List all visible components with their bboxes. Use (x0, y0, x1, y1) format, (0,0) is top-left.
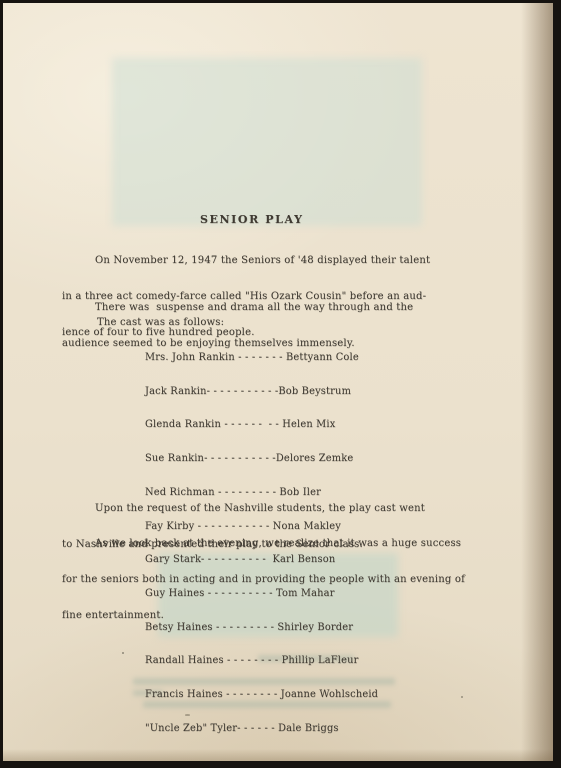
cast-list-intro: The cast was as follows: (97, 317, 224, 328)
paragraph-line: Upon the request of the Nashville studen… (62, 502, 425, 516)
frame-border-bottom (0, 761, 561, 768)
frame-border-left (0, 0, 3, 768)
page-edge-shadow-bottom (0, 749, 561, 761)
photo-bleedthrough-top (112, 58, 422, 226)
cast-row: Randall Haines - - - - - - - - Phillip L… (145, 655, 378, 667)
cast-row: Sue Rankin- - - - - - - - - - -Delores Z… (145, 453, 378, 465)
frame-border-right (553, 0, 561, 768)
cast-row: Francis Haines - - - - - - - - Joanne Wo… (145, 689, 378, 701)
page-title: SENIOR PLAY (200, 213, 304, 226)
paragraph-line: On November 12, 1947 the Seniors of '48 … (62, 254, 430, 268)
paper-speck (122, 652, 124, 654)
cast-row: Mrs. John Rankin - - - - - - - Bettyann … (145, 352, 378, 364)
paragraph-line: for the seniors both in acting and in pr… (62, 573, 465, 587)
paper-speck (461, 696, 463, 698)
cast-row: Glenda Rankin - - - - - - - - Helen Mix (145, 419, 378, 431)
page-edge-shadow-right (521, 0, 553, 768)
scanned-yearbook-page: SENIOR PLAY On November 12, 1947 the Sen… (0, 0, 561, 768)
frame-border-top (0, 0, 561, 3)
paragraph-line: As we look back at the evening, we reali… (62, 537, 465, 551)
cast-row: Jack Rankin- - - - - - - - - - -Bob Beys… (145, 386, 378, 398)
paragraph-closing: As we look back at the evening, we reali… (62, 515, 465, 645)
paragraph-line: There was suspense and drama all the way… (62, 301, 413, 315)
cast-row: "Uncle Zeb" Tyler- - - - - - Dale Briggs (145, 723, 378, 735)
paragraph-line: fine entertainment. (62, 609, 465, 623)
